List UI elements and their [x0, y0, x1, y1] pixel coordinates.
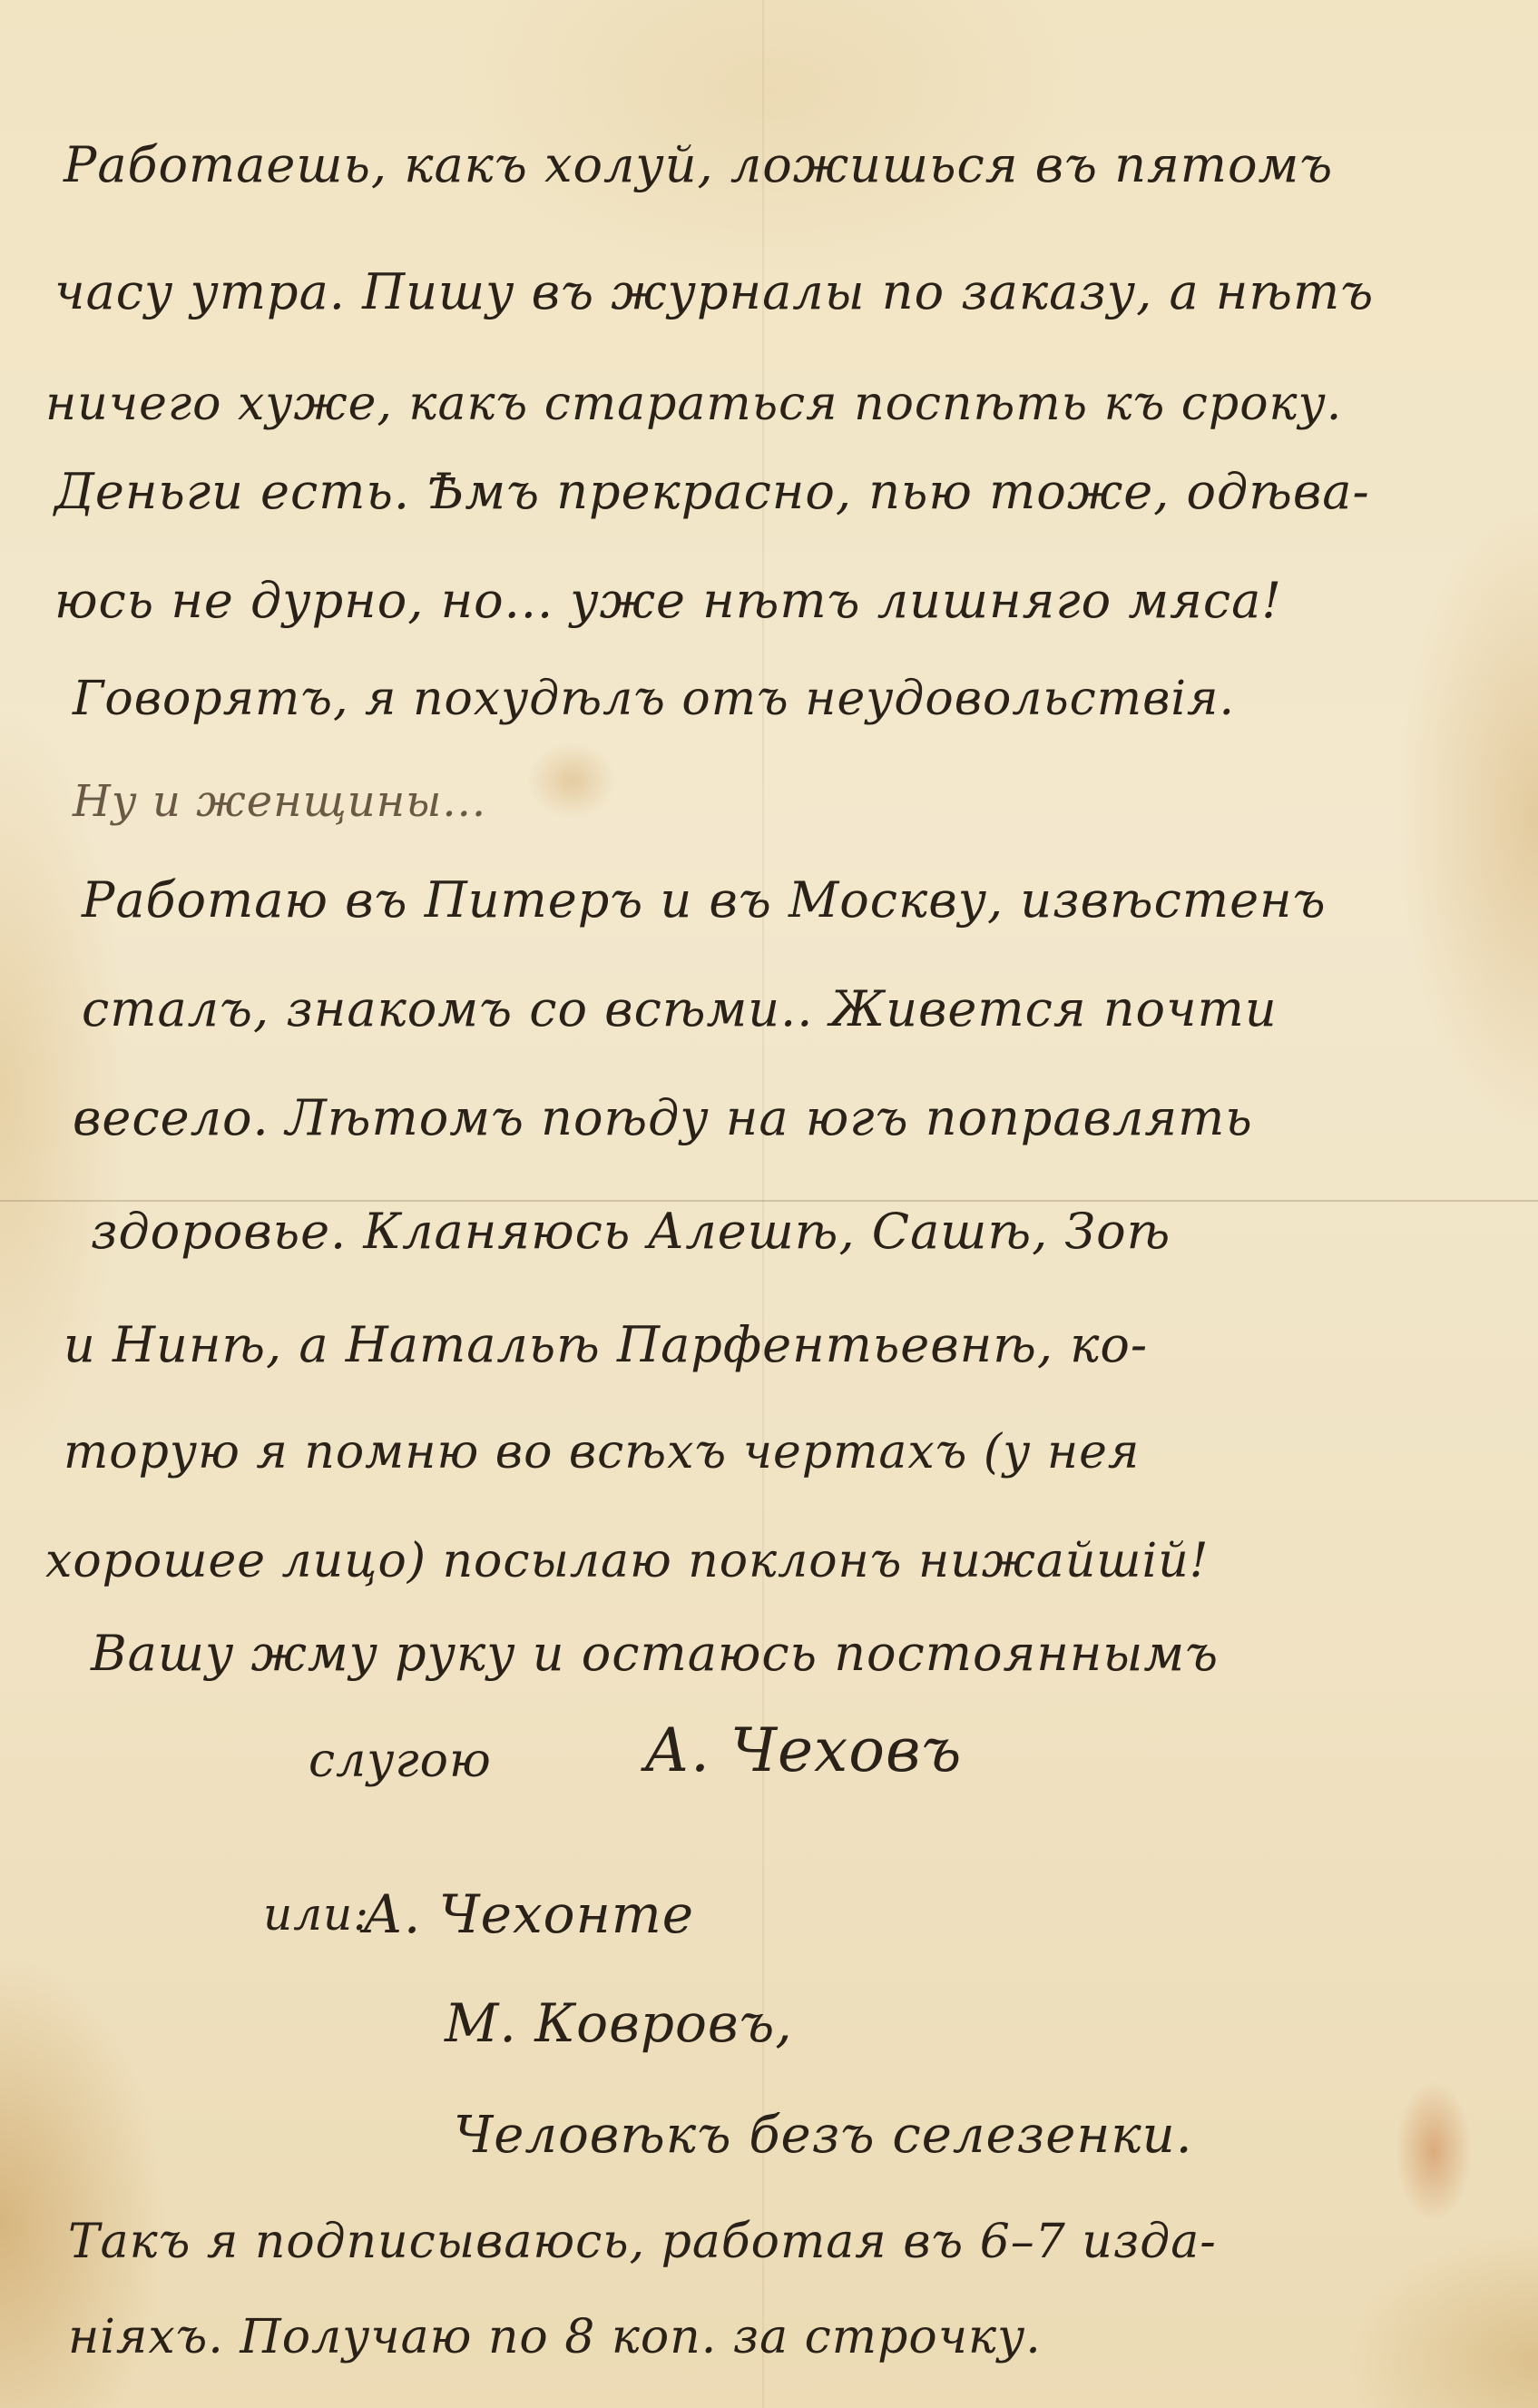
signature-or-label: или: [263, 1888, 369, 1941]
letter-line-7: Ну и женщины... [73, 776, 486, 827]
letter-line-8: Работаю въ Питеръ и въ Москву, извѣстенъ [82, 871, 1327, 929]
letter-line-6: Говорятъ, я похудѣлъ отъ неудовольствія. [73, 672, 1235, 726]
postscript-line-1: Такъ я подписываюсь, работая въ 6–7 изда… [68, 2215, 1217, 2269]
letter-line-9: сталъ, знакомъ со всѣми.. Живется почти [82, 980, 1278, 1037]
letter-line-15: Вашу жму руку и остаюсь постояннымъ [91, 1625, 1219, 1682]
signature-closing: слугою [309, 1734, 492, 1788]
letter-page: Работаешь, какъ холуй, ложишься въ пятом… [0, 0, 1538, 2408]
signature-name: А. Чеховъ [644, 1715, 962, 1785]
letter-line-2: часу утра. Пишу въ журналы по заказу, а … [54, 263, 1374, 320]
postscript-line-2: ніяхъ. Получаю по 8 коп. за строчку. [68, 2310, 1042, 2364]
letter-line-4: Деньги есть. Ѣмъ прекрасно, пью тоже, од… [54, 463, 1370, 520]
pseudonym-chelovek-bez-selezenki: Человѣкъ безъ селезенки. [454, 2106, 1193, 2165]
letter-line-5: юсь не дурно, но... уже нѣтъ лишняго мяс… [54, 572, 1282, 629]
letter-line-13: торую я помню во всѣхъ чертахъ (у нея [64, 1425, 1140, 1479]
horizontal-fold-crease [0, 1200, 1538, 1202]
letter-line-3: ничего хуже, какъ стараться поспѣть къ с… [45, 377, 1342, 431]
letter-line-1: Работаешь, какъ холуй, ложишься въ пятом… [64, 136, 1333, 193]
pseudonym-kovrov: М. Ковровъ, [445, 1992, 793, 2054]
pseudonym-chekhonte: А. Чехонте [363, 1883, 694, 1945]
letter-line-11: здоровье. Кланяюсь Алешѣ, Сашѣ, Зоѣ [91, 1203, 1171, 1260]
letter-line-10: весело. Лѣтомъ поѣду на югъ поправлять [73, 1089, 1253, 1146]
letter-line-12: и Нинѣ, а Натальѣ Парфентьевнѣ, ко- [64, 1316, 1148, 1373]
letter-line-14: хорошее лицо) посылаю поклонъ нижайшій! [45, 1534, 1210, 1588]
